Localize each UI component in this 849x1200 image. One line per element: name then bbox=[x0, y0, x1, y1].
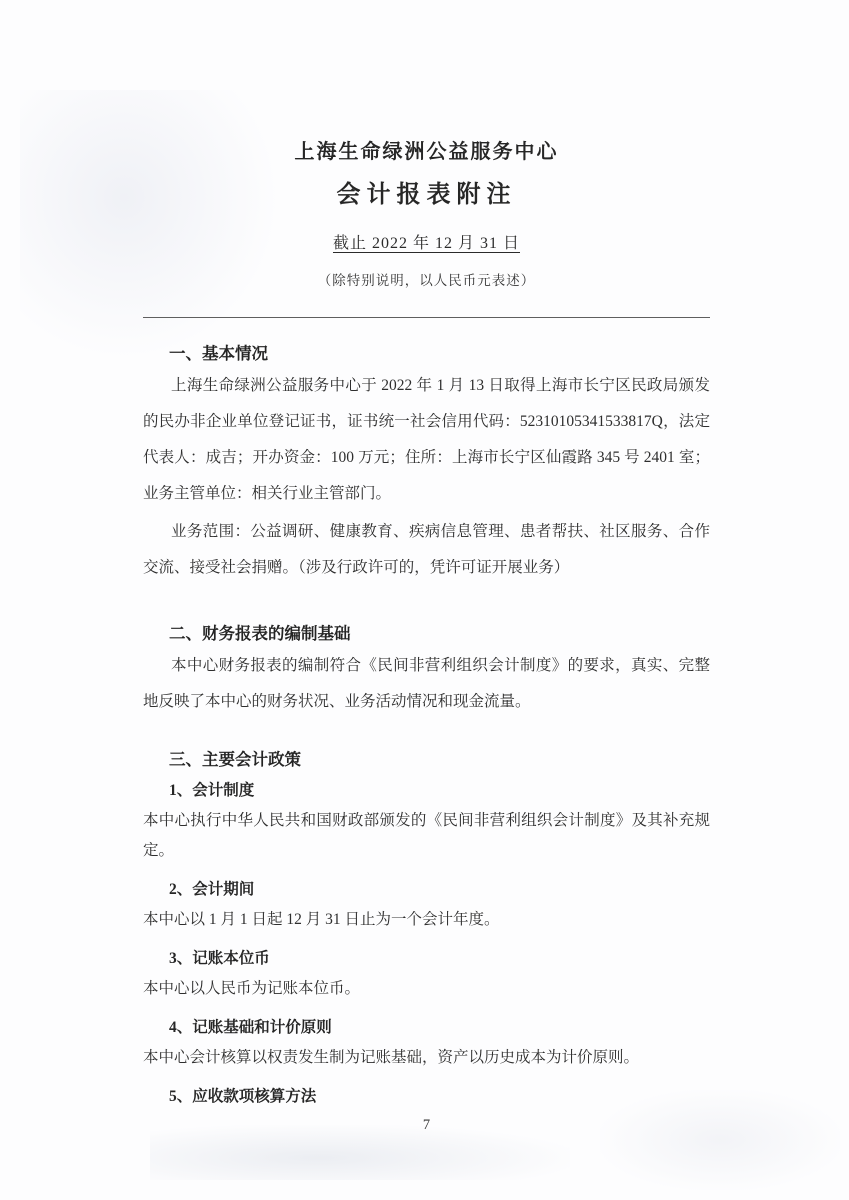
section-preparation-basis: 二、财务报表的编制基础 本中心财务报表的编制符合《民间非营利组织会计制度》的要求… bbox=[143, 622, 710, 720]
document-title: 会计报表附注 bbox=[143, 180, 710, 210]
section-basic-info: 一、基本情况 上海生命绿洲公益服务中心于 2022 年 1 月 13 日取得上海… bbox=[143, 342, 710, 586]
document-page: 上海生命绿洲公益服务中心 会计报表附注 截止 2022 年 12 月 31 日 … bbox=[0, 0, 849, 1200]
policy-subheading-accounting-basis: 4、记账基础和计价原则 bbox=[143, 1013, 710, 1043]
page-number: 7 bbox=[423, 1117, 430, 1133]
section-accounting-policies: 三、主要会计政策 1、会计制度 本中心执行中华人民共和国财政部颁发的《民间非营利… bbox=[143, 748, 710, 1112]
policy-text-accounting-period: 本中心以 1 月 1 日起 12 月 31 日止为一个会计年度。 bbox=[143, 905, 710, 935]
report-date: 截止 2022 年 12 月 31 日 bbox=[333, 234, 520, 254]
paragraph-registration-info: 上海生命绿洲公益服务中心于 2022 年 1 月 13 日取得上海市长宁区民政局… bbox=[143, 368, 710, 512]
header-divider bbox=[143, 317, 710, 318]
page-footer: 7 bbox=[143, 1116, 710, 1134]
document-content: 上海生命绿洲公益服务中心 会计报表附注 截止 2022 年 12 月 31 日 … bbox=[143, 0, 710, 1134]
document-header: 上海生命绿洲公益服务中心 会计报表附注 截止 2022 年 12 月 31 日 … bbox=[143, 0, 710, 289]
policy-subheading-receivables-method: 5、应收款项核算方法 bbox=[143, 1082, 710, 1112]
policy-subheading-accounting-period: 2、会计期间 bbox=[143, 875, 710, 905]
organization-name: 上海生命绿洲公益服务中心 bbox=[143, 140, 710, 164]
section-heading-accounting-policies: 三、主要会计政策 bbox=[143, 748, 710, 772]
policy-subheading-functional-currency: 3、记账本位币 bbox=[143, 944, 710, 974]
policy-text-accounting-basis: 本中心会计核算以权责发生制为记账基础，资产以历史成本为计价原则。 bbox=[143, 1043, 710, 1073]
policy-text-accounting-system: 本中心执行中华人民共和国财政部颁发的《民间非营利组织会计制度》及其补充规定。 bbox=[143, 806, 710, 866]
report-date-row: 截止 2022 年 12 月 31 日 bbox=[143, 234, 710, 254]
policy-text-functional-currency: 本中心以人民币为记账本位币。 bbox=[143, 974, 710, 1004]
paragraph-business-scope: 业务范围：公益调研、健康教育、疾病信息管理、患者帮扶、社区服务、合作交流、接受社… bbox=[143, 514, 710, 586]
currency-note: （除特别说明，以人民币元表述） bbox=[143, 272, 710, 289]
section-heading-basic-info: 一、基本情况 bbox=[143, 342, 710, 366]
paragraph-preparation-basis: 本中心财务报表的编制符合《民间非营利组织会计制度》的要求，真实、完整地反映了本中… bbox=[143, 648, 710, 720]
policy-subheading-accounting-system: 1、会计制度 bbox=[143, 776, 710, 806]
section-heading-preparation-basis: 二、财务报表的编制基础 bbox=[143, 622, 710, 646]
